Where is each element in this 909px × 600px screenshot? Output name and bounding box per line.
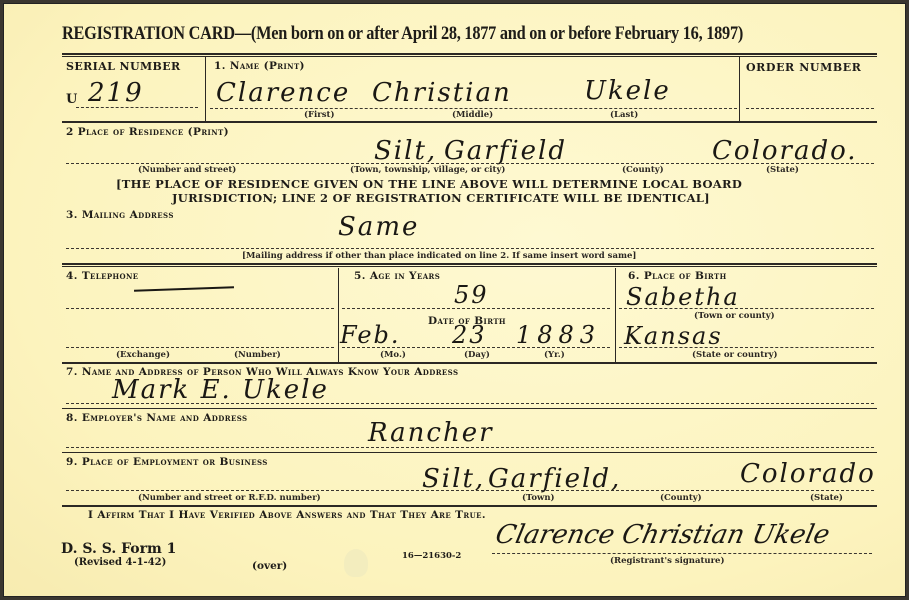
telephone-fill-line-1 <box>66 308 334 309</box>
residence-sub-street: (Number and street) <box>138 165 236 175</box>
form-id: D. S. S. Form 1 <box>61 541 176 557</box>
contact-person-value: Mark E. Ukele <box>112 375 329 405</box>
age-fill-line <box>342 308 610 309</box>
faint-stamp-mark <box>344 549 368 577</box>
row-rule <box>62 505 877 507</box>
telephone-fill-line-2 <box>66 347 334 348</box>
dob-sub-year: (Yr.) <box>544 350 565 360</box>
telephone-sub-number: (Number) <box>234 350 281 360</box>
print-code: 16—21630-2 <box>402 551 461 561</box>
residence-notice-line-2: JURISDICTION; LINE 2 OF REGISTRATION CER… <box>172 191 710 205</box>
residence-state: Colorado. <box>712 136 858 166</box>
name-middle: Christian <box>372 78 512 108</box>
name-sub-middle: (Middle) <box>452 110 493 120</box>
residence-town: Silt, <box>374 136 437 166</box>
top-rule <box>62 53 877 57</box>
row-rule <box>62 408 877 409</box>
dob-day: 23 <box>452 321 487 349</box>
birthplace-sub-town: (Town or county) <box>694 311 775 321</box>
employer-value: Rancher <box>368 418 494 448</box>
birthplace-state: Kansas <box>624 322 723 350</box>
dob-year: 1883 <box>516 321 601 349</box>
employment-sub-county: (County) <box>660 493 702 503</box>
employment-sub-town: (Town) <box>522 493 555 503</box>
residence-label: 2 Place of Residence (Print) <box>66 126 229 138</box>
telephone-dash-mark <box>134 286 234 291</box>
name-last: Ukele <box>584 76 671 106</box>
registration-card: REGISTRATION CARD—(Men born on or after … <box>3 3 906 597</box>
contact-fill-line <box>66 403 874 404</box>
name-first: Clarence <box>216 78 350 108</box>
name-fill-line <box>210 108 737 109</box>
employer-fill-line <box>66 447 874 448</box>
form-revised: (Revised 4-1-42) <box>74 557 166 568</box>
row-rule <box>62 263 877 267</box>
mailing-fill-line <box>66 248 874 249</box>
order-number-label: ORDER NUMBER <box>746 61 861 74</box>
age-label: 5. Age in Years <box>354 270 440 282</box>
dob-sub-month: (Mo.) <box>380 350 406 360</box>
card-title: REGISTRATION CARD—(Men born on or after … <box>62 23 743 45</box>
birthplace-town: Sabetha <box>626 283 740 311</box>
residence-notice-line-1: [THE PLACE OF RESIDENCE GIVEN ON THE LIN… <box>116 177 742 191</box>
residence-sub-state: (State) <box>766 165 799 175</box>
name-sub-first: (First) <box>304 110 335 120</box>
dob-sub-day: (Day) <box>464 350 490 360</box>
name-sub-last: (Last) <box>610 110 638 120</box>
dob-month: Feb. <box>340 321 401 349</box>
signature-sub: (Registrant's signature) <box>610 556 724 566</box>
affirmation-text: I Affirm That I Have Verified Above Answ… <box>88 509 486 521</box>
employment-state: Colorado <box>740 459 876 489</box>
serial-number-value: 219 <box>88 78 144 108</box>
telephone-label: 4. Telephone <box>66 270 139 282</box>
birthplace-label: 6. Place of Birth <box>628 270 727 282</box>
mailing-address-value: Same <box>338 212 419 242</box>
name-label: 1. Name (Print) <box>214 60 305 72</box>
row-rule <box>62 362 877 364</box>
age-value: 59 <box>454 281 489 309</box>
residence-county: Garfield <box>444 136 567 166</box>
telephone-sub-exchange: (Exchange) <box>116 350 170 360</box>
serial-prefix: U <box>66 92 78 107</box>
divider <box>205 57 206 121</box>
over-note: (over) <box>252 560 287 572</box>
divider <box>338 268 339 362</box>
order-number-fill-line <box>746 108 874 109</box>
residence-sub-county: (County) <box>622 165 664 175</box>
employment-sub-street: (Number and street or R.F.D. number) <box>138 493 321 503</box>
signature-fill-line <box>492 553 872 554</box>
birthplace-state-fill-line <box>619 347 874 348</box>
residence-fill-line <box>66 163 874 164</box>
serial-number-label: SERIAL NUMBER <box>66 60 181 73</box>
birthplace-town-fill-line <box>619 308 874 309</box>
dob-fill-line <box>342 347 610 348</box>
serial-fill-line <box>76 107 198 108</box>
registrant-signature: Clarence Christian Ukele <box>493 520 833 550</box>
employer-label: 8. Employer's Name and Address <box>66 412 247 424</box>
residence-sub-town: (Town, township, village, or city) <box>350 165 505 175</box>
employment-place-label: 9. Place of Employment or Business <box>66 456 268 468</box>
divider <box>615 268 616 362</box>
divider <box>739 57 740 121</box>
employment-fill-line <box>66 490 874 491</box>
mailing-sub: [Mailing address if other than place ind… <box>242 251 636 261</box>
employment-sub-state: (State) <box>810 493 843 503</box>
row-rule <box>62 452 877 453</box>
row-rule <box>62 121 877 123</box>
mailing-address-label: 3. Mailing Address <box>66 209 174 221</box>
birthplace-sub-state: (State or country) <box>692 350 778 360</box>
